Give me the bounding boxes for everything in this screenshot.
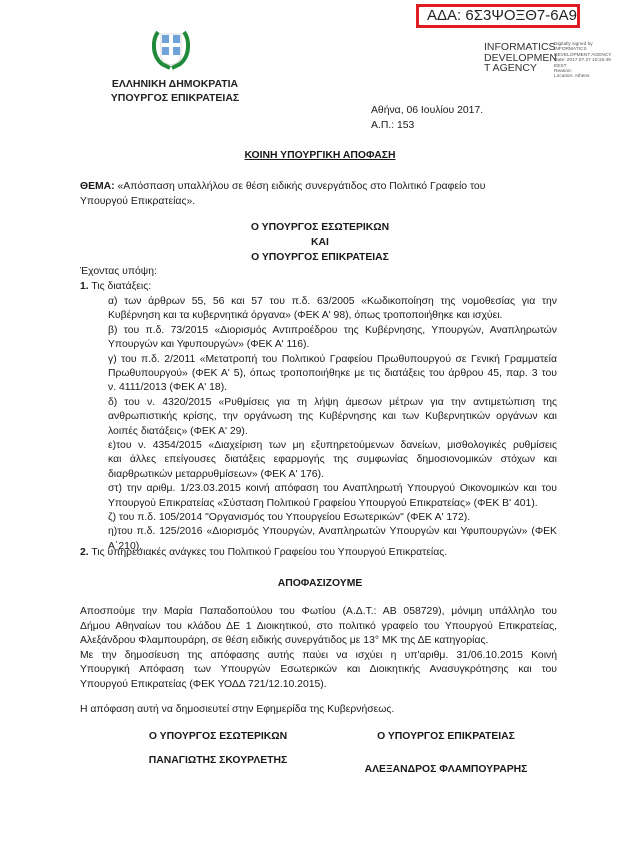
signature-meta-line: Date: 2017.07.27 10:15:49 xyxy=(554,58,612,63)
signatory-2-name: ΑΛΕΞΑΝΔΡΟΣ ΦΛΑΜΠΟΥΡΑΡΗΣ xyxy=(346,763,546,777)
publication-note: Η απόφαση αυτή να δημοσιευτεί στην Εφημε… xyxy=(80,703,557,717)
signatory-1-name: ΠΑΝΑΓΙΩΤΗΣ ΣΚΟΥΡΛΕΤΗΣ xyxy=(118,754,318,768)
subject-text: «Απόσπαση υπαλλήλου σε θέση ειδικής συνε… xyxy=(115,181,486,192)
decision-line: Με την δημοσίευση της απόφασης αυτής παύ… xyxy=(80,649,557,663)
ada-label: ΑΔΑ: 6Σ3ΨΟΞΘ7-6Α9 xyxy=(427,7,577,24)
signature-org-line: INFORMATICS xyxy=(484,42,557,53)
signatory-2-role: Ο ΥΠΟΥΡΓΟΣ ΕΠΙΚΡΑΤΕΙΑΣ xyxy=(346,730,546,744)
signature-org-line: T AGENCY xyxy=(484,63,557,74)
provision-5-line: Υπουργού Επικρατείας «Σύσταση Πολιτικού … xyxy=(108,497,557,511)
provision-7-line: η)του π.δ. 125/2016 «Διορισμός Υπουργών,… xyxy=(108,525,557,539)
place-date: Αθήνα, 06 Ιουλίου 2017. xyxy=(371,104,483,118)
provision-3-line: λοιπές διατάξεις» (ΦΕΚ Α' 29). xyxy=(108,425,557,439)
signature-meta-line: Location: Athens xyxy=(554,74,612,79)
subject-label: ΘΕΜΑ: xyxy=(80,181,115,192)
item-2-text: Τις υπηρεσιακές ανάγκες του Πολιτικού Γρ… xyxy=(89,547,447,558)
subject-line-2: Υπουργού Επικρατείας». xyxy=(80,195,557,209)
provision-0-line: α) των άρθρων 55, 56 και 57 του π.δ. 63/… xyxy=(108,295,557,309)
provision-2-line: γ) του π.δ. 2/2011 «Μετατροπή του Πολιτι… xyxy=(108,353,557,367)
decision-line: Αποσπούμε την Μαρία Παπαδοπούλου του Φωτ… xyxy=(80,605,557,619)
decision-line: Δήμου Αθηναίων του κλάδου ΔΕ 1 Διοικητικ… xyxy=(80,620,557,634)
decision-line: Υπουργική Απόφαση των Υπουργών Εσωτερικώ… xyxy=(80,663,557,677)
decision-line: Αλεξάνδρου Φλαμπουράρη, σε θέση ειδικής … xyxy=(80,634,557,648)
item-1-number: 1. xyxy=(80,281,89,292)
decision-line: Υπουργού Επικρατείας (ΦΕΚ ΥΟΔΔ 721/12.10… xyxy=(80,678,557,692)
subject-line: ΘΕΜΑ: «Απόσπαση υπαλλήλου σε θέση ειδική… xyxy=(80,180,557,194)
provision-3-line: ανθρωπιστικής κρίσης, την οργάνωση της Κ… xyxy=(108,410,557,424)
digital-signature-meta: Digitally signed by INFORMATICS DEVELOPM… xyxy=(554,42,612,80)
ada-identifier-box: ΑΔΑ: 6Σ3ΨΟΞΘ7-6Α9 xyxy=(416,4,580,28)
provision-4-line: ε)του ν. 4354/2015 «Διαχείριση των μη εξ… xyxy=(108,439,557,453)
item-2-number: 2. xyxy=(80,547,89,558)
document-title: ΚΟΙΝΗ ΥΠΟΥΡΓΙΚΗ ΑΠΟΦΑΣΗ xyxy=(80,150,560,161)
greek-coat-of-arms-icon xyxy=(150,26,192,72)
ministers-heading-1: Ο ΥΠΟΥΡΓΟΣ ΕΣΩΤΕΡΙΚΩΝ xyxy=(80,221,560,235)
org-country: ΕΛΛΗΝΙΚΗ ΔΗΜΟΚΡΑΤΙΑ xyxy=(110,78,240,90)
provision-2-line: ν. 4111/2013 (ΦΕΚ Α' 18). xyxy=(108,381,557,395)
item-1-text: Τις διατάξεις: xyxy=(89,281,151,292)
item-1: 1. Τις διατάξεις: xyxy=(80,280,557,294)
provision-4-line: διαρθρωτικών μεταρρυθμίσεων» (ΦΕΚ Α' 176… xyxy=(108,468,557,482)
protocol-number: Α.Π.: 153 xyxy=(371,119,414,133)
signatory-1-role: Ο ΥΠΟΥΡΓΟΣ ΕΣΩΤΕΡΙΚΩΝ xyxy=(118,730,318,744)
ministers-heading-3: Ο ΥΠΟΥΡΓΟΣ ΕΠΙΚΡΑΤΕΙΑΣ xyxy=(80,251,560,265)
org-ministry: ΥΠΟΥΡΓΟΣ ΕΠΙΚΡΑΤΕΙΑΣ xyxy=(110,92,240,104)
decision-heading: ΑΠΟΦΑΣΙΖΟΥΜΕ xyxy=(80,577,560,591)
provision-2-line: Πρωθυπουργού» (ΦΕΚ Α' 5), όπως τροποποιή… xyxy=(108,367,557,381)
considering-label: Έχοντας υπόψη: xyxy=(80,265,557,279)
provision-3-line: δ) του ν. 4320/2015 «Ρυθμίσεις για τη λή… xyxy=(108,396,557,410)
provision-1-line: β) του π.δ. 73/2015 «Διορισμός Αντιπροέδ… xyxy=(108,324,557,338)
digital-signature-org: INFORMATICS DEVELOPMEN T AGENCY xyxy=(484,42,557,74)
provision-5-line: στ) την αριθμ. 1/23.03.2015 κοινή απόφασ… xyxy=(108,482,557,496)
item-2: 2. Τις υπηρεσιακές ανάγκες του Πολιτικού… xyxy=(80,546,557,560)
ministers-heading-2: ΚΑΙ xyxy=(80,236,560,250)
provision-0-line: Κυβέρνηση και τα κυβερνητικά όργανα» (ΦΕ… xyxy=(108,309,557,323)
provision-1-line: Υπουργών και Υφυπουργών» (ΦΕΚ Α' 116). xyxy=(108,338,557,352)
provision-6-line: ζ) του π.δ. 105/2014 "Οργανισμός του Υπο… xyxy=(108,511,557,525)
provision-4-line: και άλλες επείγουσες διατάξεις εφαρμογής… xyxy=(108,453,557,467)
